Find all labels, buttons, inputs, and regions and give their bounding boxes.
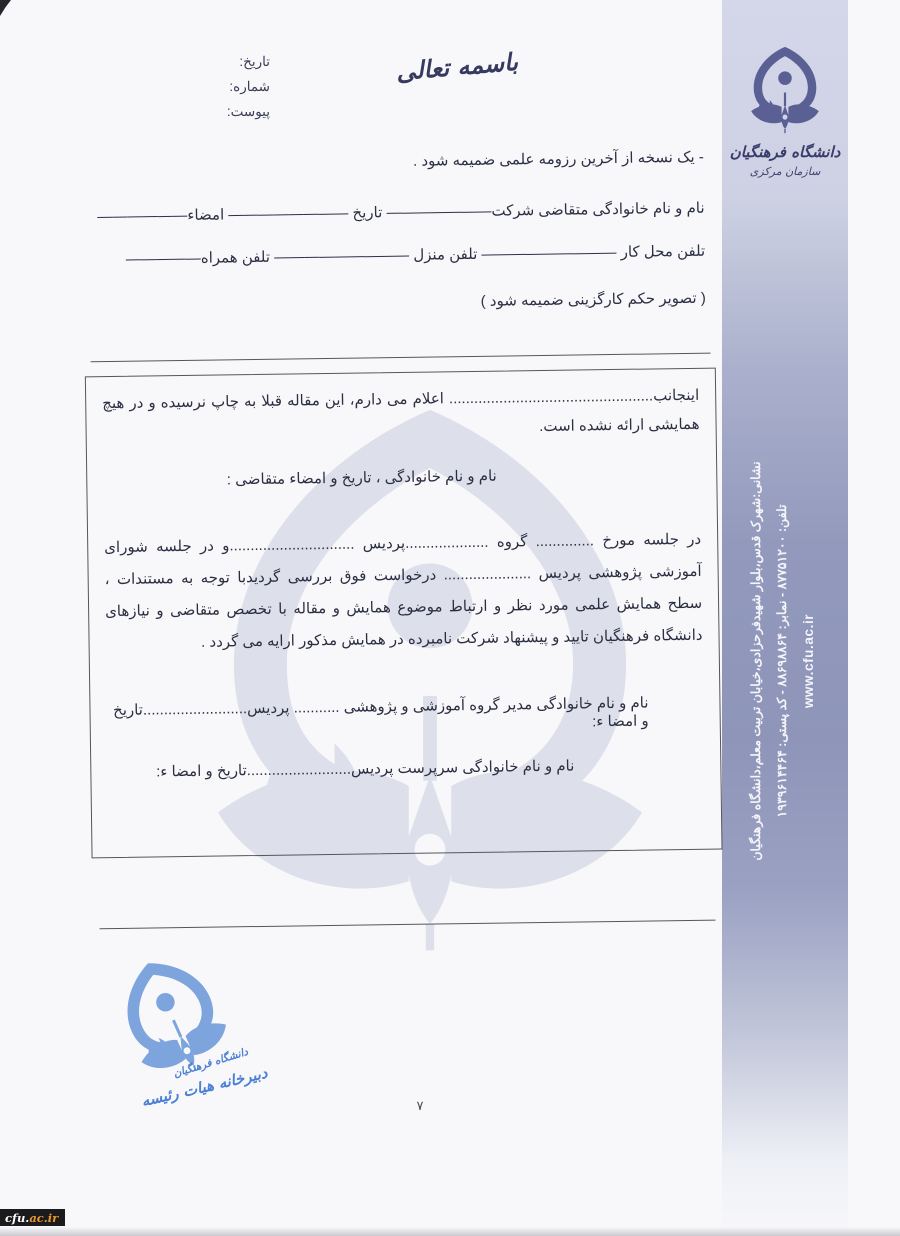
secretariat-stamp: دانشگاه فرهنگیان دبیرخانه هیات رئیسه (100, 953, 350, 1128)
campus-supervisor-line: نام و نام خانوادگی سرپرست پردیس.........… (107, 754, 704, 780)
phone-fields-line: تلفن محل کار ————————— تلفن منزل ———————… (85, 242, 705, 269)
group-manager-line: نام و نام خانوادگی مدیر گروه آموزشی و پژ… (106, 692, 703, 736)
applicant-name-line: نام و نام خانوادگی متقاضی شرکت——————— تا… (84, 199, 704, 226)
resume-note-line: - یک نسخه از آخرین رزومه علمی ضمیمه شود … (413, 148, 704, 170)
divider-rule-bottom (100, 920, 716, 930)
declaration-text: اینجانب.................................… (102, 381, 700, 448)
divider-rule-top (91, 353, 711, 363)
council-approval-paragraph: در جلسه مورخ .............. گروه .......… (104, 523, 703, 660)
scanned-form-page: دانشگاه فرهنگیان سازمان مرکزی نشانی:شهرک… (0, 0, 900, 1236)
declaration-box: اینجانب.................................… (85, 368, 723, 859)
page-number: ۷ (403, 1098, 437, 1114)
applicant-signature-line: نام و نام خانوادگی ، تاریخ و امضاء متقاض… (63, 464, 660, 490)
cfu-site-badge: cfu.ac.ir (0, 1209, 65, 1226)
badge-prefix: cfu. (5, 1211, 29, 1225)
attachment-note-line: ( تصویر حکم کارگزینی ضمیمه شود ) (481, 289, 706, 310)
badge-suffix: ac.ir (29, 1211, 58, 1225)
